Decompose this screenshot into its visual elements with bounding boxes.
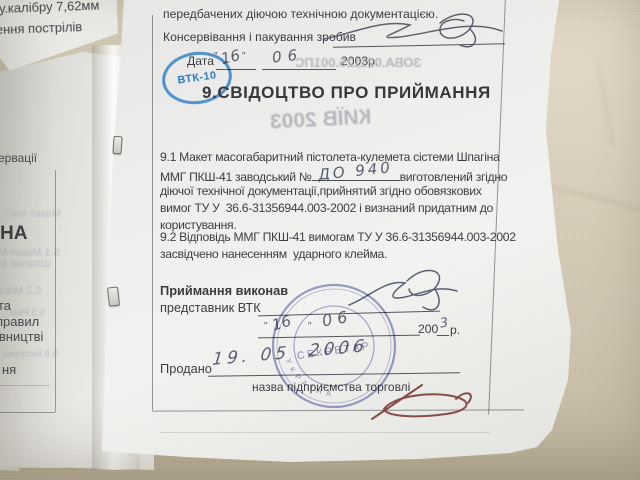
para-9-2-line: 9.2 Відповідь ММГ ПКШ-41 вимогам ТУ У 36… xyxy=(160,230,516,244)
para-9-1-line: вимог ТУ У 36.6-31356944.003-2002 і визн… xyxy=(160,201,493,215)
left-page-fragment: івництві xyxy=(0,329,43,344)
para-9-2-line: засвідчено нанесенням ударного клейма. xyxy=(160,247,387,261)
printed-year-suffix: р. xyxy=(450,323,460,337)
staple xyxy=(107,286,120,306)
seal-ring-dots: · · · · · · · · · · · xyxy=(279,291,370,340)
para-9-1-line: ММГ ПКШ-41 заводський №ДО 940виготовлени… xyxy=(160,167,507,184)
left-page-frame-line xyxy=(55,170,56,412)
showthrough-doc-code: ЗОВА.021125.001ПС xyxy=(295,55,422,70)
sold-label: Продано xyxy=(160,361,212,376)
serial-blank: ДО 940 xyxy=(312,167,400,181)
printed-year-prefix: 200 xyxy=(418,322,438,336)
fabric-background: ервації Макет пост НА 5.1 Макет М Шпагін… xyxy=(0,0,640,480)
signature-stroke xyxy=(456,393,471,403)
paper-fold-line xyxy=(160,432,490,433)
left-page-showthrough-text: 5.6 Інструкц xyxy=(3,349,58,360)
serial-suffix: виготовлений згідно xyxy=(400,170,508,184)
fabric-crease xyxy=(596,57,615,146)
round-seal-stamp: УКРАЇНА · · · · · · · · · · · СЕКРЕТАР xyxy=(268,280,400,412)
para-9-1-line: 9.1 Макет масогабаритний пістолета-кулем… xyxy=(160,150,500,164)
left-page-fragment: ня xyxy=(2,362,16,377)
seal-ring-dots-textpath: · · · · · · · · · · · xyxy=(279,291,370,340)
left-page-showthrough-text: Макет пост xyxy=(4,208,61,220)
showthrough-city-year: КИЇВ 2003 xyxy=(269,105,372,134)
serial-prefix: ММГ ПКШ-41 заводський № xyxy=(160,170,312,184)
para-9-1-line: діючої технічної документації,прийнятий … xyxy=(160,184,482,198)
staple xyxy=(112,136,122,155)
year-digit-line xyxy=(437,335,449,336)
quote-mark: " xyxy=(242,51,246,62)
left-page-showthrough-text: Шпагіна М xyxy=(0,258,51,270)
form-frame-left xyxy=(152,15,153,410)
acceptance-line2: представник ВТК xyxy=(160,300,261,315)
left-page-fragment: НА xyxy=(0,223,27,245)
left-page-fragment: правил xyxy=(0,314,39,329)
left-page-fragment: ервації xyxy=(0,151,37,165)
left-page-showthrough-text: 5.2 Мага xyxy=(0,285,42,297)
top-left-text: у.калібру 7,62мм xyxy=(0,0,100,16)
fabric-crease xyxy=(547,184,640,218)
handwritten-year-digit: 3 xyxy=(439,315,449,331)
left-page-frame-line xyxy=(0,412,55,413)
certificate-page: ММГ ПКШ-41 передбачених діючою технічною… xyxy=(90,0,582,471)
section-heading: 9.СВІДОЦТВО ПРО ПРИЙМАННЯ xyxy=(202,83,491,103)
seal-center-text: СЕКРЕТАР xyxy=(296,340,372,362)
left-page-frame-line xyxy=(0,385,50,386)
top-left-text: ення пострілів xyxy=(0,19,82,37)
